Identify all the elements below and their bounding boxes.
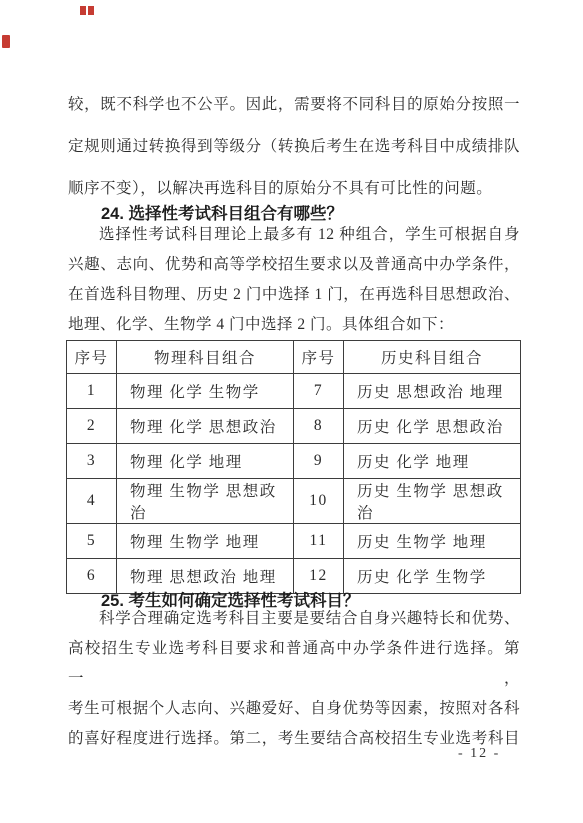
row-index: 4 bbox=[67, 479, 117, 524]
paragraph-line: 地理、化学、生物学 4 门中选择 2 门。具体组合如下： bbox=[68, 310, 520, 340]
question-25-paragraph: 科学合理确定选考科目主要是要结合自身兴趣特长和优势、 高校招生专业选考科目要求和… bbox=[68, 604, 520, 754]
header-history-combos: 历史科目组合 bbox=[344, 341, 521, 374]
paragraph-line: 科学合理确定选考科目主要是要结合自身兴趣特长和优势、 bbox=[68, 604, 520, 634]
row-index: 10 bbox=[294, 479, 344, 524]
physics-combo: 物理 生物学 地理 bbox=[117, 524, 294, 559]
paragraph-line: 在首选科目物理、历史 2 门中选择 1 门，在再选科目思想政治、 bbox=[68, 280, 520, 310]
intro-line: 定规则通过转换得到等级分（转换后考生在选考科目中成绩排队 bbox=[68, 126, 520, 168]
page-number: - 12 - bbox=[458, 746, 500, 762]
document-page: 较，既不科学也不公平。因此，需要将不同科目的原始分按照一 定规则通过转换得到等级… bbox=[0, 0, 583, 823]
table-row: 1 物理 化学 生物学 7 历史 思想政治 地理 bbox=[67, 374, 521, 409]
history-combo: 历史 化学 思想政治 bbox=[344, 409, 521, 444]
paragraph-line: 兴趣、志向、优势和高等学校招生要求以及普通高中办学条件， bbox=[68, 250, 520, 280]
table-row: 5 物理 生物学 地理 11 历史 生物学 地理 bbox=[67, 524, 521, 559]
row-index: 9 bbox=[294, 444, 344, 479]
row-index: 11 bbox=[294, 524, 344, 559]
table-row: 4 物理 生物学 思想政治 10 历史 生物学 思想政治 bbox=[67, 479, 521, 524]
physics-combo: 物理 生物学 思想政治 bbox=[117, 479, 294, 524]
row-index: 1 bbox=[67, 374, 117, 409]
table-header-row: 序号 物理科目组合 序号 历史科目组合 bbox=[67, 341, 521, 374]
history-combo: 历史 生物学 地理 bbox=[344, 524, 521, 559]
header-index-history: 序号 bbox=[294, 341, 344, 374]
physics-combo: 物理 化学 地理 bbox=[117, 444, 294, 479]
paragraph-line: 的喜好程度进行选择。第二，考生要结合高校招生专业选考科目 bbox=[68, 724, 520, 754]
row-index: 3 bbox=[67, 444, 117, 479]
history-combo: 历史 思想政治 地理 bbox=[344, 374, 521, 409]
history-combo: 历史 生物学 思想政治 bbox=[344, 479, 521, 524]
table-row: 3 物理 化学 地理 9 历史 化学 地理 bbox=[67, 444, 521, 479]
subject-combination-table: 序号 物理科目组合 序号 历史科目组合 1 物理 化学 生物学 7 历史 思想政… bbox=[66, 340, 521, 594]
physics-combo: 物理 化学 生物学 bbox=[117, 374, 294, 409]
paragraph-line: 高校招生专业选考科目要求和普通高中办学条件进行选择。第一， bbox=[68, 634, 520, 694]
physics-combo: 物理 化学 思想政治 bbox=[117, 409, 294, 444]
paragraph-line: 考生可根据个人志向、兴趣爱好、自身优势等因素，按照对各科 bbox=[68, 694, 520, 724]
header-physics-combos: 物理科目组合 bbox=[117, 341, 294, 374]
intro-paragraph: 较，既不科学也不公平。因此，需要将不同科目的原始分按照一 定规则通过转换得到等级… bbox=[68, 84, 520, 210]
header-index-physics: 序号 bbox=[67, 341, 117, 374]
red-stamp-artifact-top bbox=[80, 6, 94, 15]
row-index: 8 bbox=[294, 409, 344, 444]
history-combo: 历史 化学 地理 bbox=[344, 444, 521, 479]
question-24-paragraph: 选择性考试科目理论上最多有 12 种组合，学生可根据自身 兴趣、志向、优势和高等… bbox=[68, 220, 520, 340]
row-index: 5 bbox=[67, 524, 117, 559]
table-row: 2 物理 化学 思想政治 8 历史 化学 思想政治 bbox=[67, 409, 521, 444]
row-index: 7 bbox=[294, 374, 344, 409]
row-index: 2 bbox=[67, 409, 117, 444]
red-stamp-artifact-left bbox=[2, 35, 10, 48]
intro-line: 较，既不科学也不公平。因此，需要将不同科目的原始分按照一 bbox=[68, 84, 520, 126]
paragraph-line: 选择性考试科目理论上最多有 12 种组合，学生可根据自身 bbox=[68, 220, 520, 250]
